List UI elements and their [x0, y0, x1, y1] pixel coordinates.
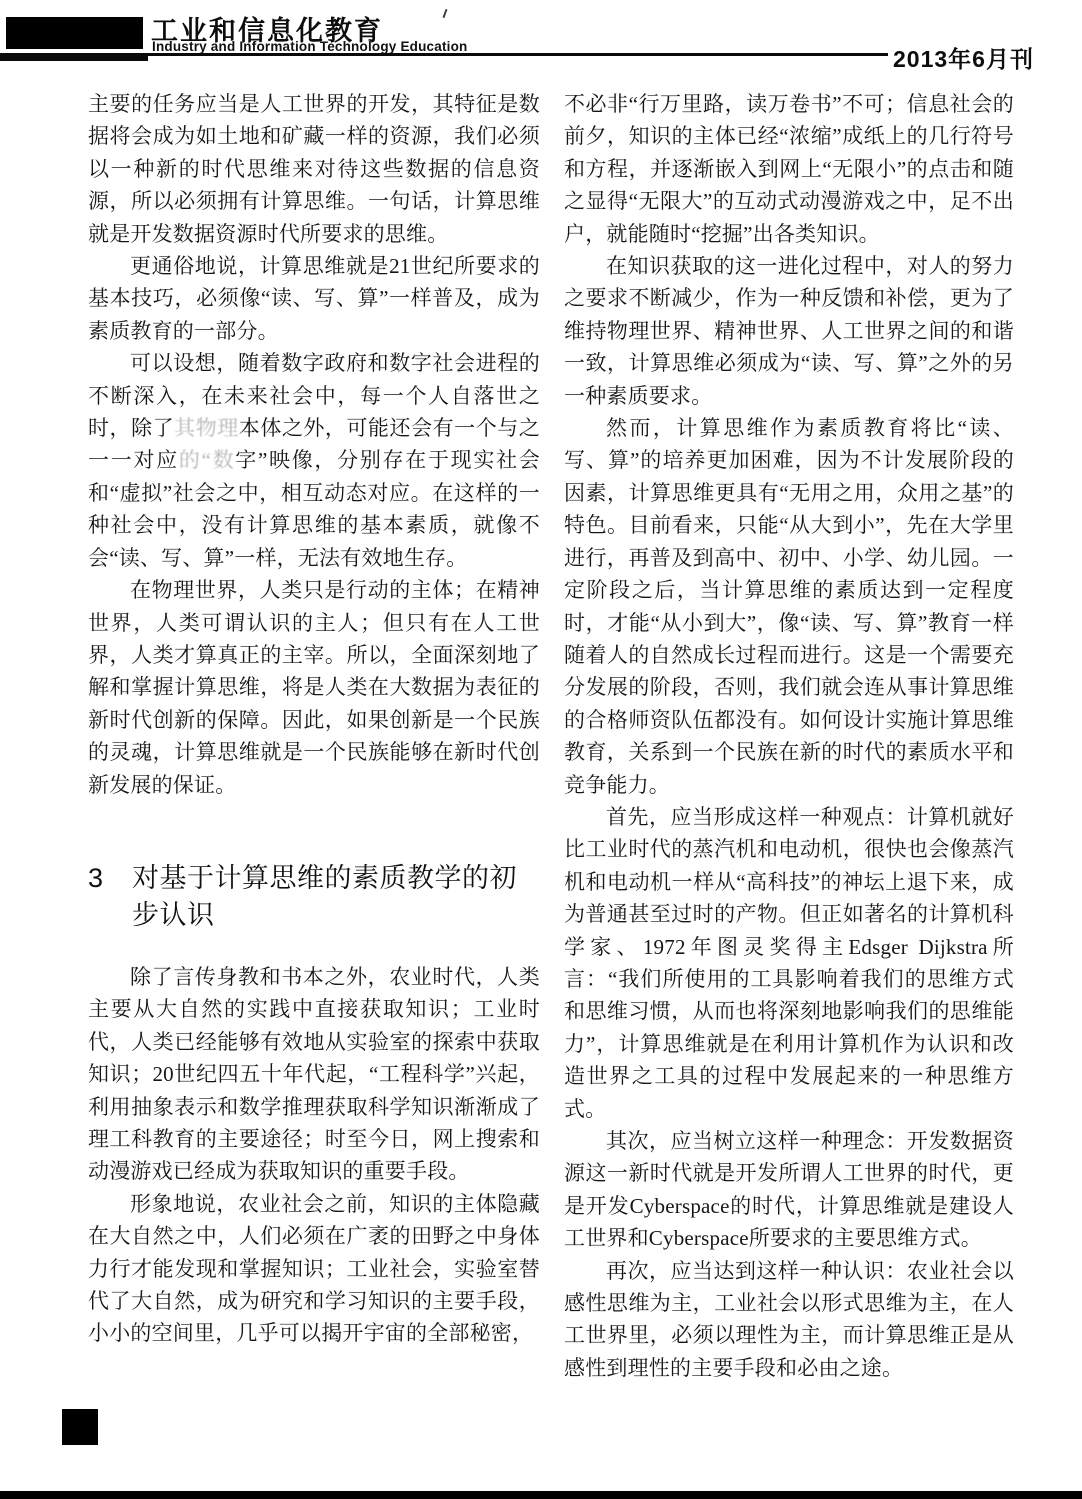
text-run: 更通俗地说，计算思维就是21世纪所要求的基本技巧，必须像“读、写、算”一样普及，… — [88, 254, 540, 343]
paragraph: 主要的任务应当是人工世界的开发，其特征是数据将会成为如土地和矿藏一样的资源，我们… — [88, 88, 540, 250]
text-run: 再次，应当达到这样一种认识：农业社会以感性思维为主，工业社会以形式思维为主，在人… — [564, 1259, 1014, 1380]
right-paragraphs: 不必非“行万里路，读万卷书”不可；信息社会的前夕，知识的主体已经“浓缩”成纸上的… — [564, 88, 1014, 1384]
paragraph: 然而，计算思维作为素质教育将比“读、写、算”的培养更加困难，因为不计发展阶段的因… — [564, 412, 1014, 801]
paragraph: 首先，应当形成这样一种观点：计算机就好比工业时代的蒸汽机和电动机，很快也会像蒸汽… — [564, 801, 1014, 1125]
text-run: 其次，应当树立这样一种理念：开发数据资源这一新时代就是开发所谓人工世界的时代，更… — [564, 1129, 1014, 1250]
paragraph: 可以设想，随着数字政府和数字社会进程的不断深入，在未来社会中，每一个人自落世之时… — [88, 347, 540, 574]
text-run: 首先，应当形成这样一种观点：计算机就好比工业时代的蒸汽机和电动机，很快也会像蒸汽… — [564, 805, 1014, 1121]
header-rule-thick-segment — [0, 53, 148, 61]
text-run: 在物理世界，人类只是行动的主体；在精神世界，人类可谓认识的主人；但只有在人工世界… — [88, 578, 540, 796]
issue-label: 2013年6月刊 — [893, 41, 1034, 74]
faded-text-run: 的“数 — [179, 448, 235, 472]
text-run: 除了言传身教和书本之外，农业时代，人类主要从大自然的实践中直接获取知识；工业时代… — [88, 965, 540, 1183]
right-column: 不必非“行万里路，读万卷书”不可；信息社会的前夕，知识的主体已经“浓缩”成纸上的… — [564, 88, 1014, 1384]
journal-logo-block — [6, 17, 143, 49]
text-run: 形象地说，农业社会之前，知识的主体隐藏在大自然之中，人们必须在广袤的田野之中身体… — [88, 1192, 540, 1346]
section-title: 对基于计算思维的素质教学的初步认识 — [132, 860, 540, 934]
paragraph: 在物理世界，人类只是行动的主体；在精神世界，人类可谓认识的主人；但只有在人工世界… — [88, 574, 540, 801]
paragraph: 除了言传身教和书本之外，农业时代，人类主要从大自然的实践中直接获取知识；工业时代… — [88, 961, 540, 1188]
text-run: 然而，计算思维作为素质教育将比“读、写、算”的培养更加困难，因为不计发展阶段的因… — [564, 416, 1014, 796]
paragraph: 其次，应当树立这样一种理念：开发数据资源这一新时代就是开发所谓人工世界的时代，更… — [564, 1125, 1014, 1255]
scan-artifact — [443, 9, 448, 18]
left-paragraphs-top: 主要的任务应当是人工世界的开发，其特征是数据将会成为如土地和矿藏一样的资源，我们… — [88, 88, 540, 801]
left-paragraphs-bottom: 除了言传身教和书本之外，农业时代，人类主要从大自然的实践中直接获取知识；工业时代… — [88, 961, 540, 1350]
paragraph: 形象地说，农业社会之前，知识的主体隐藏在大自然之中，人们必须在广袤的田野之中身体… — [88, 1188, 540, 1350]
text-run: 主要的任务应当是人工世界的开发，其特征是数据将会成为如土地和矿藏一样的资源，我们… — [88, 92, 540, 246]
paragraph: 不必非“行万里路，读万卷书”不可；信息社会的前夕，知识的主体已经“浓缩”成纸上的… — [564, 88, 1014, 250]
text-run: 在知识获取的这一进化过程中，对人的努力之要求不断减少，作为一种反馈和补偿，更为了… — [564, 254, 1014, 408]
faded-text-run: 其物理 — [174, 416, 239, 440]
left-column: 主要的任务应当是人工世界的开发，其特征是数据将会成为如土地和矿藏一样的资源，我们… — [88, 88, 540, 1350]
section-heading: 3 对基于计算思维的素质教学的初步认识 — [88, 860, 540, 934]
journal-subtitle: Industry and Information Technology Educ… — [152, 39, 468, 54]
bottom-edge-bar — [0, 1491, 1082, 1499]
paragraph: 再次，应当达到这样一种认识：农业社会以感性思维为主，工业社会以形式思维为主，在人… — [564, 1255, 1014, 1385]
paragraph: 更通俗地说，计算思维就是21世纪所要求的基本技巧，必须像“读、写、算”一样普及，… — [88, 250, 540, 347]
text-run: 不必非“行万里路，读万卷书”不可；信息社会的前夕，知识的主体已经“浓缩”成纸上的… — [564, 92, 1014, 246]
section-number: 3 — [88, 860, 132, 934]
paragraph: 在知识获取的这一进化过程中，对人的努力之要求不断减少，作为一种反馈和补偿，更为了… — [564, 250, 1014, 412]
page-number-block — [62, 1409, 98, 1445]
